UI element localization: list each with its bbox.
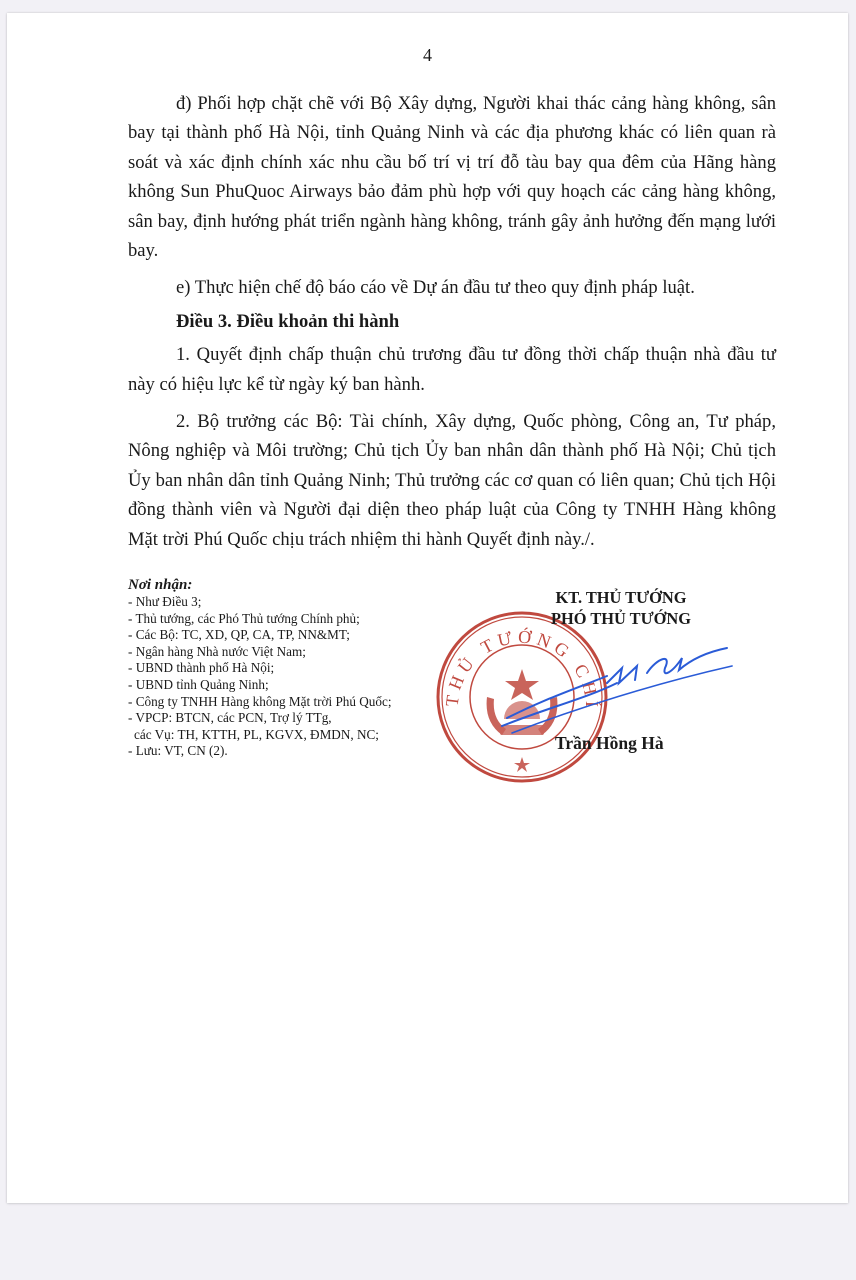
paragraph-d: đ) Phối hợp chặt chẽ với Bộ Xây dựng, Ng… xyxy=(128,89,776,265)
document-page: 4 đ) Phối hợp chặt chẽ với Bộ Xây dựng, … xyxy=(7,13,848,1203)
article-3-clause-2: 2. Bộ trưởng các Bộ: Tài chính, Xây dựng… xyxy=(128,407,776,554)
recipients-list: Nơi nhận: - Như Điều 3; - Thủ tướng, các… xyxy=(128,577,458,760)
recipient-item: - Thủ tướng, các Phó Thủ tướng Chính phủ… xyxy=(128,611,458,628)
recipient-item: - Như Điều 3; xyxy=(128,594,458,611)
signature-icon xyxy=(487,628,737,738)
recipient-item: - UBND thành phố Hà Nội; xyxy=(128,660,458,677)
signer-name: Trần Hồng Hà xyxy=(555,733,664,754)
page-number: 4 xyxy=(7,45,848,66)
recipient-item: - VPCP: BTCN, các PCN, Trợ lý TTg, xyxy=(128,710,458,727)
signature-title-line-2: PHÓ THỦ TƯỚNG xyxy=(531,608,711,629)
recipient-item: - Công ty TNHH Hàng không Mặt trời Phú Q… xyxy=(128,694,458,711)
paragraph-e: e) Thực hiện chế độ báo cáo về Dự án đầu… xyxy=(128,273,776,302)
recipient-item: các Vụ: TH, KTTH, PL, KGVX, ĐMDN, NC; xyxy=(128,727,458,744)
document-body: đ) Phối hợp chặt chẽ với Bộ Xây dựng, Ng… xyxy=(128,89,776,554)
signature-title: KT. THỦ TƯỚNG PHÓ THỦ TƯỚNG xyxy=(531,587,711,629)
recipient-item: - Ngân hàng Nhà nước Việt Nam; xyxy=(128,644,458,661)
recipient-item: - Lưu: VT, CN (2). xyxy=(128,743,458,760)
article-3-heading: Điều 3. Điều khoản thi hành xyxy=(128,307,776,336)
recipient-item: - UBND tỉnh Quảng Ninh; xyxy=(128,677,458,694)
recipients-title: Nơi nhận: xyxy=(128,577,458,594)
signature-title-line-1: KT. THỦ TƯỚNG xyxy=(531,587,711,608)
article-3-clause-1: 1. Quyết định chấp thuận chủ trương đầu … xyxy=(128,340,776,399)
recipient-item: - Các Bộ: TC, XD, QP, CA, TP, NN&MT; xyxy=(128,627,458,644)
